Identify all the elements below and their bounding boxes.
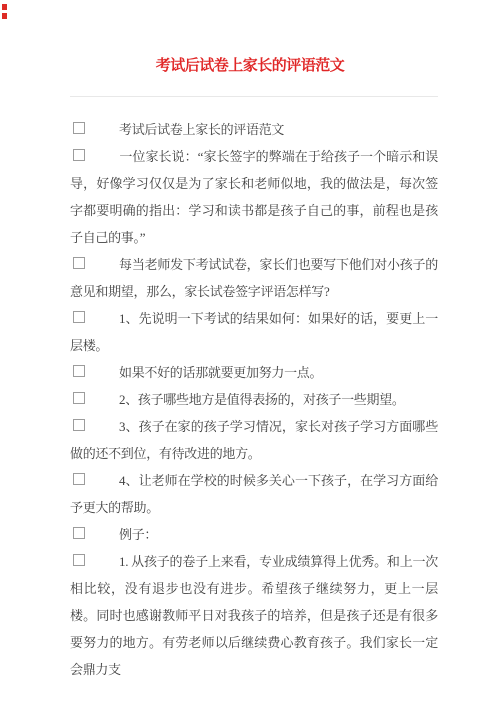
paragraph-text: 3、孩子在家的孩子学习情况，家长对孩子学习方面哪些做的还不到位，有待改进的地方。: [70, 419, 438, 461]
paragraph-text: 1. 从孩子的卷子上来看，专业成绩算得上优秀。和上一次相比较，没有退步也没有进步…: [70, 554, 438, 677]
corner-mark-icon: [2, 13, 7, 19]
paragraph: 例子：: [70, 521, 438, 548]
empty-checkbox-icon: [73, 365, 85, 377]
document-body: 考试后试卷上家长的评语范文一位家长说：“家长签字的弊端在于给孩子一个暗示和误导，…: [0, 97, 500, 683]
paragraph: 3、孩子在家的孩子学习情况，家长对孩子学习方面哪些做的还不到位，有待改进的地方。: [70, 413, 438, 467]
paragraph: 每当老师发下考试试卷，家长们也要写下他们对小孩子的意见和期望，那么，家长试卷签字…: [70, 251, 438, 305]
document-page: { "header": { "title": "考试后试卷上家长的评语范文" }…: [0, 0, 500, 708]
paragraph-text: 一位家长说：“家长签字的弊端在于给孩子一个暗示和误导，好像学习仅仅是为了家长和老…: [70, 149, 438, 245]
paragraph: 1、先说明一下考试的结果如何：如果好的话，要更上一层楼。: [70, 305, 438, 359]
paragraph: 1. 从孩子的卷子上来看，专业成绩算得上优秀。和上一次相比较，没有退步也没有进步…: [70, 548, 438, 683]
corner-mark-icon: [2, 4, 7, 10]
paragraph-text: 4、让老师在学校的时候多关心一下孩子，在学习方面给予更大的帮助。: [70, 473, 438, 515]
empty-checkbox-icon: [73, 392, 85, 404]
paragraph: 4、让老师在学校的时候多关心一下孩子，在学习方面给予更大的帮助。: [70, 467, 438, 521]
paragraph-text: 2、孩子哪些地方是值得表扬的，对孩子一些期望。: [119, 392, 405, 407]
empty-checkbox-icon: [73, 419, 85, 431]
corner-watermark: [2, 4, 7, 22]
empty-checkbox-icon: [73, 122, 85, 134]
paragraph-text: 考试后试卷上家长的评语范文: [119, 122, 284, 137]
page-title: 考试后试卷上家长的评语范文: [0, 57, 500, 74]
paragraph-text: 如果不好的话那就要更加努力一点。: [119, 365, 322, 380]
paragraph-text: 例子：: [119, 527, 157, 542]
paragraph: 2、孩子哪些地方是值得表扬的，对孩子一些期望。: [70, 386, 438, 413]
empty-checkbox-icon: [73, 257, 85, 269]
empty-checkbox-icon: [73, 149, 85, 161]
paragraph: 考试后试卷上家长的评语范文: [70, 116, 438, 143]
paragraph-text: 每当老师发下考试试卷，家长们也要写下他们对小孩子的意见和期望，那么，家长试卷签字…: [70, 257, 438, 299]
empty-checkbox-icon: [73, 311, 85, 323]
paragraph-text: 1、先说明一下考试的结果如何：如果好的话，要更上一层楼。: [70, 311, 438, 353]
paragraph: 一位家长说：“家长签字的弊端在于给孩子一个暗示和误导，好像学习仅仅是为了家长和老…: [70, 143, 438, 251]
empty-checkbox-icon: [73, 527, 85, 539]
paragraph: 如果不好的话那就要更加努力一点。: [70, 359, 438, 386]
empty-checkbox-icon: [73, 473, 85, 485]
empty-checkbox-icon: [73, 554, 85, 566]
